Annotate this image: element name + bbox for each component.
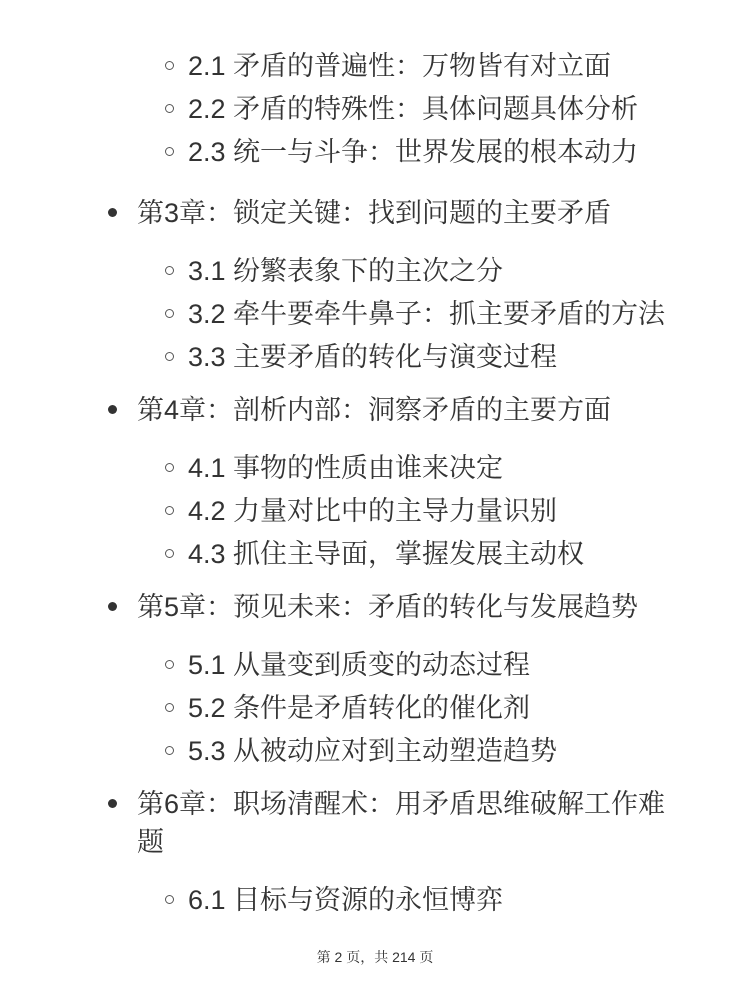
toc-subitem-label: 2.1 矛盾的普遍性：万物皆有对立面: [188, 51, 611, 81]
hollow-circle-bullet-icon: [165, 266, 174, 275]
hollow-circle-bullet-icon: [165, 746, 174, 755]
toc-subitem: 5.3 从被动应对到主动塑造趋势: [188, 732, 672, 770]
toc-subitem: 4.2 力量对比中的主导力量识别: [188, 492, 672, 530]
filled-circle-bullet-icon: [108, 799, 117, 808]
toc-chapter: 第4章：剖析内部：洞察矛盾的主要方面 4.1 事物的性质由谁来决定 4.2 力量…: [137, 391, 672, 573]
hollow-circle-bullet-icon: [165, 703, 174, 712]
hollow-circle-bullet-icon: [165, 147, 174, 156]
hollow-circle-bullet-icon: [165, 61, 174, 70]
toc-subitem: 2.1 矛盾的普遍性：万物皆有对立面: [188, 47, 672, 85]
toc-subitem-label: 4.2 力量对比中的主导力量识别: [188, 496, 557, 526]
hollow-circle-bullet-icon: [165, 549, 174, 558]
hollow-circle-bullet-icon: [165, 463, 174, 472]
toc-chapter-label: 第4章：剖析内部：洞察矛盾的主要方面: [137, 395, 611, 425]
toc-subitem-label: 4.3 抓住主导面，掌握发展主动权: [188, 539, 584, 569]
toc-sublist-chapter2: 2.1 矛盾的普遍性：万物皆有对立面 2.2 矛盾的特殊性：具体问题具体分析 2…: [0, 47, 672, 171]
hollow-circle-bullet-icon: [165, 104, 174, 113]
toc-subitem-label: 5.1 从量变到质变的动态过程: [188, 650, 530, 680]
toc-sublist-chapter4: 4.1 事物的性质由谁来决定 4.2 力量对比中的主导力量识别 4.3 抓住主导…: [137, 449, 672, 573]
filled-circle-bullet-icon: [108, 208, 117, 217]
toc-subitem: 5.1 从量变到质变的动态过程: [188, 646, 672, 684]
toc-subitem: 2.2 矛盾的特殊性：具体问题具体分析: [188, 90, 672, 128]
hollow-circle-bullet-icon: [165, 506, 174, 515]
toc-subitem: 4.3 抓住主导面，掌握发展主动权: [188, 535, 672, 573]
toc-subitem-label: 3.3 主要矛盾的转化与演变过程: [188, 342, 557, 372]
toc-subitem-label: 3.2 牵牛要牵牛鼻子：抓主要矛盾的方法: [188, 299, 665, 329]
toc-subitem: 2.3 统一与斗争：世界发展的根本动力: [188, 133, 672, 171]
toc-subitem-label: 5.3 从被动应对到主动塑造趋势: [188, 736, 557, 766]
toc-subitem-label: 3.1 纷繁表象下的主次之分: [188, 256, 503, 286]
toc-subitem-label: 6.1 目标与资源的永恒博弈: [188, 885, 503, 915]
toc-sublist-chapter6: 6.1 目标与资源的永恒博弈: [137, 881, 672, 919]
filled-circle-bullet-icon: [108, 405, 117, 414]
document-page: 2.1 矛盾的普遍性：万物皆有对立面 2.2 矛盾的特殊性：具体问题具体分析 2…: [0, 0, 750, 1000]
toc-subitem: 3.2 牵牛要牵牛鼻子：抓主要矛盾的方法: [188, 295, 672, 333]
toc-subitem: 4.1 事物的性质由谁来决定: [188, 449, 672, 487]
toc-subitem-label: 5.2 条件是矛盾转化的催化剂: [188, 693, 530, 723]
toc-subitem: 3.3 主要矛盾的转化与演变过程: [188, 338, 672, 376]
hollow-circle-bullet-icon: [165, 660, 174, 669]
filled-circle-bullet-icon: [108, 602, 117, 611]
toc-subitem: 3.1 纷繁表象下的主次之分: [188, 252, 672, 290]
toc-subitem-label: 2.3 统一与斗争：世界发展的根本动力: [188, 137, 638, 167]
toc-sublist-chapter3: 3.1 纷繁表象下的主次之分 3.2 牵牛要牵牛鼻子：抓主要矛盾的方法 3.3 …: [137, 252, 672, 376]
toc-subitem-label: 4.1 事物的性质由谁来决定: [188, 453, 503, 483]
toc-subitem-label: 2.2 矛盾的特殊性：具体问题具体分析: [188, 94, 638, 124]
toc-subitem: 6.1 目标与资源的永恒博弈: [188, 881, 672, 919]
toc-list: 第3章：锁定关键：找到问题的主要矛盾 3.1 纷繁表象下的主次之分 3.2 牵牛…: [0, 194, 672, 919]
toc-chapter-label: 第3章：锁定关键：找到问题的主要矛盾: [137, 198, 611, 228]
toc-chapter-label: 第5章：预见未来：矛盾的转化与发展趋势: [137, 592, 638, 622]
toc-chapter: 第5章：预见未来：矛盾的转化与发展趋势 5.1 从量变到质变的动态过程 5.2 …: [137, 588, 672, 770]
hollow-circle-bullet-icon: [165, 309, 174, 318]
hollow-circle-bullet-icon: [165, 352, 174, 361]
toc-chapter: 第3章：锁定关键：找到问题的主要矛盾 3.1 纷繁表象下的主次之分 3.2 牵牛…: [137, 194, 672, 376]
toc-sublist-chapter5: 5.1 从量变到质变的动态过程 5.2 条件是矛盾转化的催化剂 5.3 从被动应…: [137, 646, 672, 770]
hollow-circle-bullet-icon: [165, 895, 174, 904]
toc-subitem: 5.2 条件是矛盾转化的催化剂: [188, 689, 672, 727]
toc-chapter: 第6章：职场清醒术：用矛盾思维破解工作难题 6.1 目标与资源的永恒博弈: [137, 785, 672, 919]
page-number-footer: 第 2 页，共 214 页: [0, 947, 750, 967]
toc-chapter-label: 第6章：职场清醒术：用矛盾思维破解工作难题: [137, 789, 665, 857]
